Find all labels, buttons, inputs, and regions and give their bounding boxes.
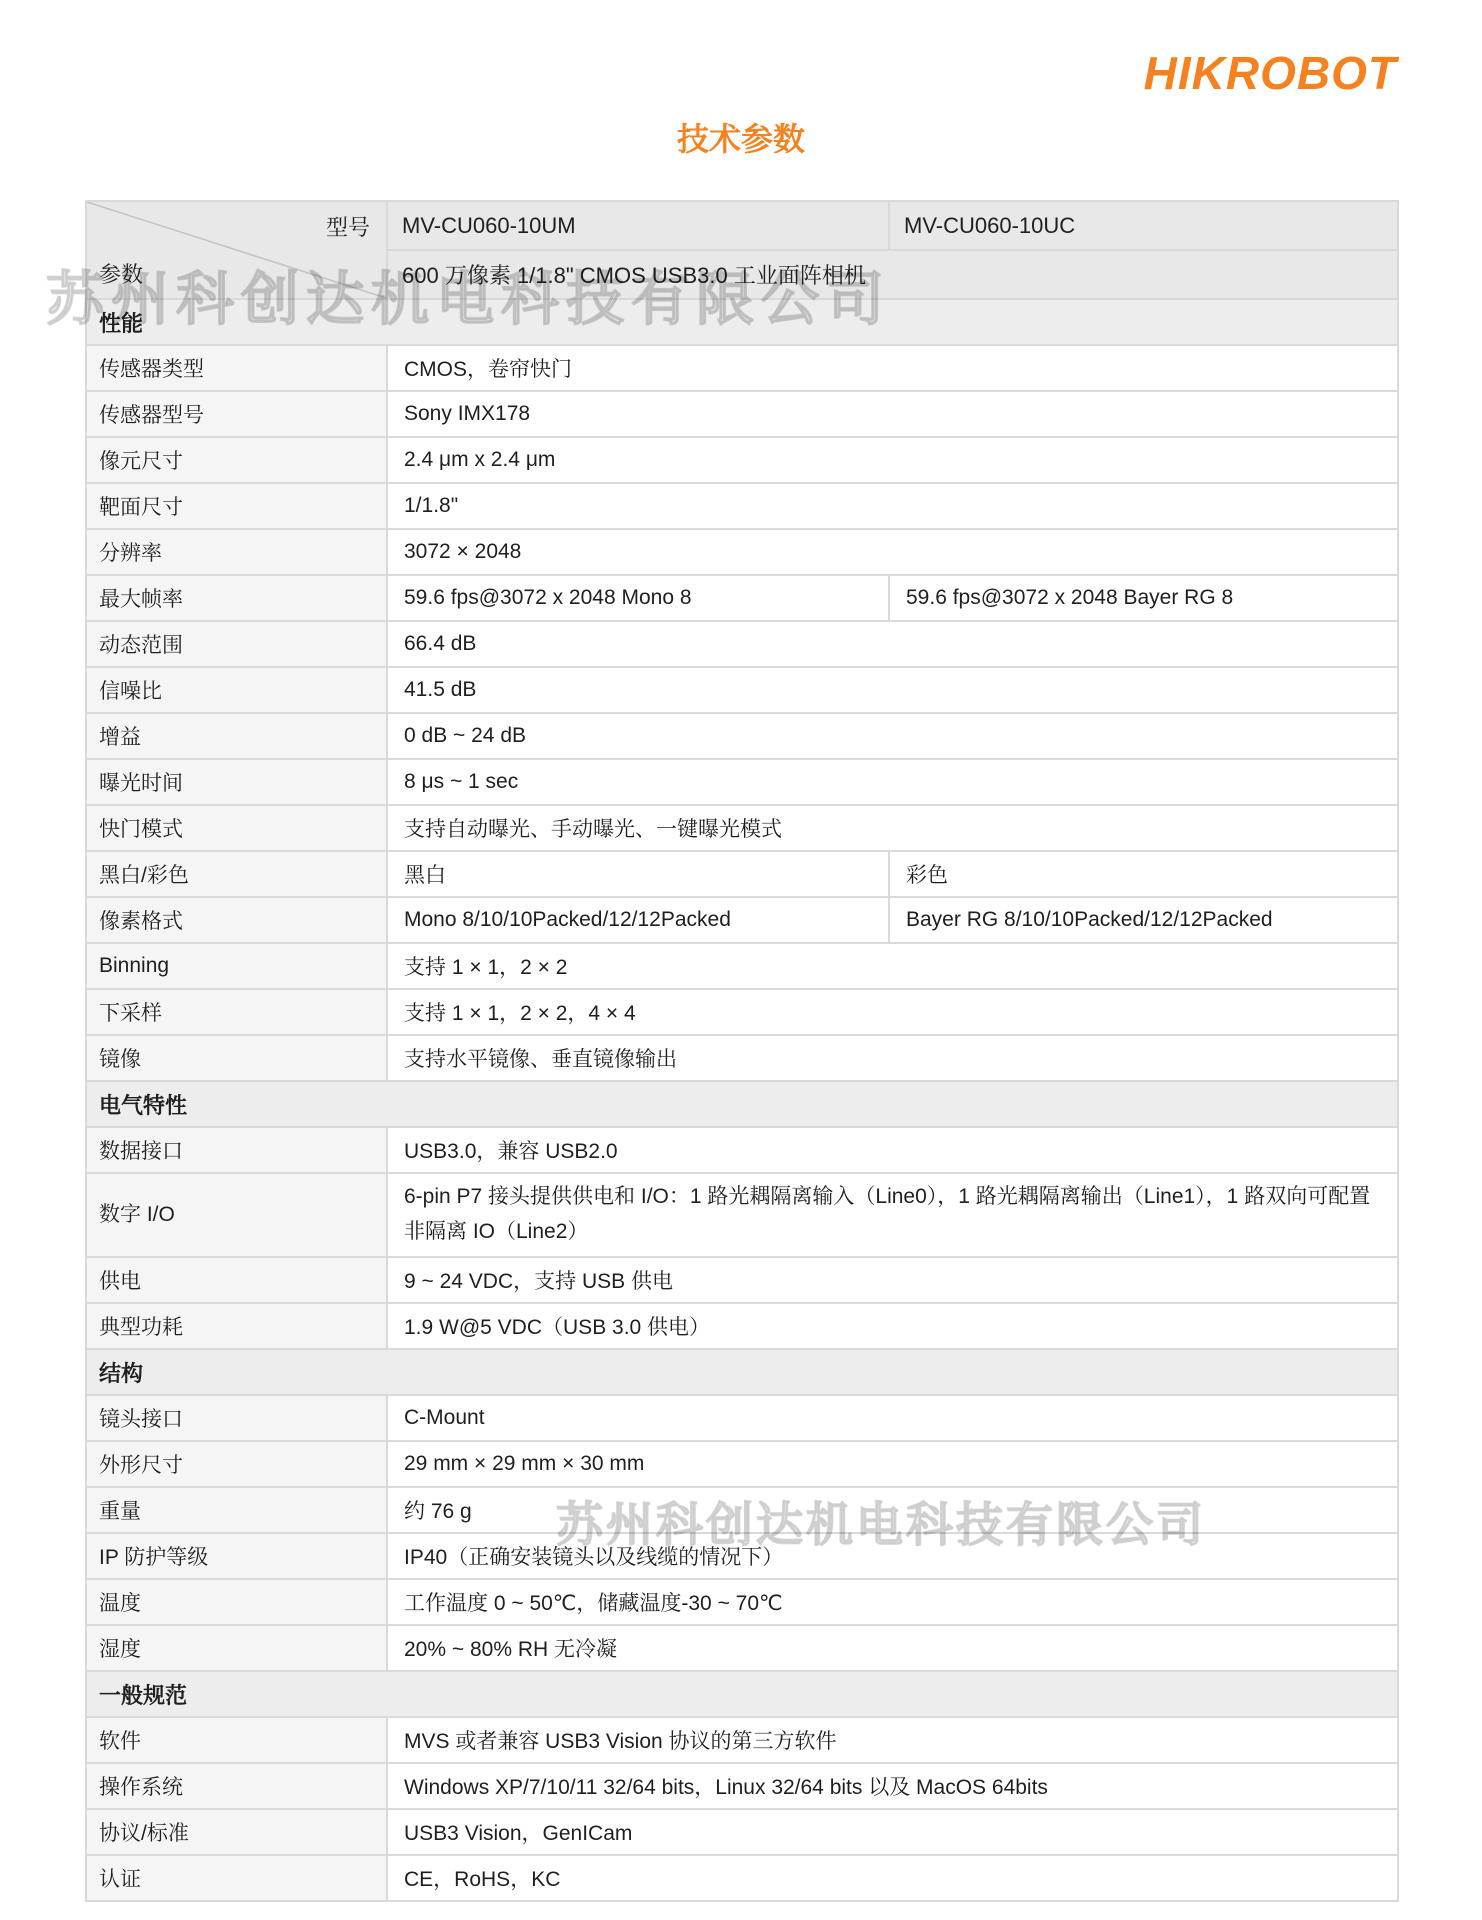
spec-label: 数字 I/O <box>86 1173 387 1257</box>
spec-label: 增益 <box>86 713 387 759</box>
spec-value: 0 dB ~ 24 dB <box>387 713 1398 759</box>
spec-value: MVS 或者兼容 USB3 Vision 协议的第三方软件 <box>387 1717 1398 1763</box>
spec-value: USB3.0，兼容 USB2.0 <box>387 1127 1398 1173</box>
page-title: 技术参数 <box>85 114 1397 160</box>
section-row: 电气特性 <box>86 1081 1398 1127</box>
spec-row: 重量 约 76 g <box>86 1487 1398 1533</box>
spec-value-color: 59.6 fps@3072 x 2048 Bayer RG 8 <box>889 575 1398 621</box>
spec-value-mono: 黑白 <box>387 851 889 897</box>
spec-label: 数据接口 <box>86 1127 387 1173</box>
spec-value: 支持 1 × 1，2 × 2 <box>387 943 1398 989</box>
spec-label: 像元尺寸 <box>86 437 387 483</box>
spec-row: 供电 9 ~ 24 VDC，支持 USB 供电 <box>86 1257 1398 1303</box>
spec-label: 靶面尺寸 <box>86 483 387 529</box>
spec-value: 支持自动曝光、手动曝光、一键曝光模式 <box>387 805 1398 851</box>
spec-row: IP 防护等级 IP40（正确安装镜头以及线缆的情况下） <box>86 1533 1398 1579</box>
spec-value: 1.9 W@5 VDC（USB 3.0 供电） <box>387 1303 1398 1349</box>
spec-row: 外形尺寸 29 mm × 29 mm × 30 mm <box>86 1441 1398 1487</box>
spec-value: 2.4 μm x 2.4 μm <box>387 437 1398 483</box>
model-name-color: MV-CU060-10UC <box>889 201 1398 250</box>
spec-value: 约 76 g <box>387 1487 1398 1533</box>
spec-row: 快门模式 支持自动曝光、手动曝光、一键曝光模式 <box>86 805 1398 851</box>
spec-value: Sony IMX178 <box>387 391 1398 437</box>
header-corner-model-label: 型号 <box>326 211 370 242</box>
spec-value: 1/1.8" <box>387 483 1398 529</box>
spec-row: 靶面尺寸 1/1.8" <box>86 483 1398 529</box>
spec-row: 软件 MVS 或者兼容 USB3 Vision 协议的第三方软件 <box>86 1717 1398 1763</box>
spec-row: 认证 CE，RoHS，KC <box>86 1855 1398 1901</box>
spec-label: 湿度 <box>86 1625 387 1671</box>
spec-value: 41.5 dB <box>387 667 1398 713</box>
spec-label: 镜像 <box>86 1035 387 1081</box>
spec-value: 6-pin P7 接头提供供电和 I/O：1 路光耦隔离输入（Line0），1 … <box>387 1173 1398 1257</box>
spec-value: CMOS，卷帘快门 <box>387 345 1398 391</box>
spec-row: 像元尺寸 2.4 μm x 2.4 μm <box>86 437 1398 483</box>
spec-row: 最大帧率 59.6 fps@3072 x 2048 Mono 8 59.6 fp… <box>86 575 1398 621</box>
spec-row: 像素格式 Mono 8/10/10Packed/12/12Packed Baye… <box>86 897 1398 943</box>
spec-row: 信噪比 41.5 dB <box>86 667 1398 713</box>
spec-value-mono: 59.6 fps@3072 x 2048 Mono 8 <box>387 575 889 621</box>
spec-table: 型号 参数 MV-CU060-10UM MV-CU060-10UC 600 万像… <box>85 200 1399 1902</box>
spec-row: 典型功耗 1.9 W@5 VDC（USB 3.0 供电） <box>86 1303 1398 1349</box>
spec-row: 镜头接口 C-Mount <box>86 1395 1398 1441</box>
spec-label: 镜头接口 <box>86 1395 387 1441</box>
spec-label: 下采样 <box>86 989 387 1035</box>
spec-row: 动态范围 66.4 dB <box>86 621 1398 667</box>
spec-label: 分辨率 <box>86 529 387 575</box>
spec-label: 曝光时间 <box>86 759 387 805</box>
spec-row: 协议/标准 USB3 Vision，GenICam <box>86 1809 1398 1855</box>
spec-row: 数据接口 USB3.0，兼容 USB2.0 <box>86 1127 1398 1173</box>
spec-row: 黑白/彩色 黑白 彩色 <box>86 851 1398 897</box>
spec-row: 湿度 20% ~ 80% RH 无冷凝 <box>86 1625 1398 1671</box>
spec-value: 工作温度 0 ~ 50℃，储藏温度-30 ~ 70℃ <box>387 1579 1398 1625</box>
spec-value: 3072 × 2048 <box>387 529 1398 575</box>
section-row: 一般规范 <box>86 1671 1398 1717</box>
spec-label: 快门模式 <box>86 805 387 851</box>
spec-row: 下采样 支持 1 × 1，2 × 2，4 × 4 <box>86 989 1398 1035</box>
section-title-performance: 性能 <box>86 299 1398 345</box>
spec-label: 认证 <box>86 1855 387 1901</box>
spec-label: 协议/标准 <box>86 1809 387 1855</box>
spec-value: 支持水平镜像、垂直镜像输出 <box>387 1035 1398 1081</box>
spec-label: 外形尺寸 <box>86 1441 387 1487</box>
spec-value: 66.4 dB <box>387 621 1398 667</box>
section-row: 性能 <box>86 299 1398 345</box>
spec-row: 传感器型号 Sony IMX178 <box>86 391 1398 437</box>
section-title-general: 一般规范 <box>86 1671 1398 1717</box>
spec-value: 9 ~ 24 VDC，支持 USB 供电 <box>387 1257 1398 1303</box>
spec-label: 传感器类型 <box>86 345 387 391</box>
spec-value: CE，RoHS，KC <box>387 1855 1398 1901</box>
section-title-structure: 结构 <box>86 1349 1398 1395</box>
camera-description: 600 万像素 1/1.8" CMOS USB3.0 工业面阵相机 <box>387 250 1398 299</box>
model-name-mono: MV-CU060-10UM <box>387 201 889 250</box>
spec-label: 重量 <box>86 1487 387 1533</box>
spec-value-color: Bayer RG 8/10/10Packed/12/12Packed <box>889 897 1398 943</box>
spec-row: 操作系统 Windows XP/7/10/11 32/64 bits，Linux… <box>86 1763 1398 1809</box>
spec-row: 镜像 支持水平镜像、垂直镜像输出 <box>86 1035 1398 1081</box>
spec-value: C-Mount <box>387 1395 1398 1441</box>
spec-row: 增益 0 dB ~ 24 dB <box>86 713 1398 759</box>
spec-label: 典型功耗 <box>86 1303 387 1349</box>
spec-value: 29 mm × 29 mm × 30 mm <box>387 1441 1398 1487</box>
spec-value: 8 μs ~ 1 sec <box>387 759 1398 805</box>
header-row-models: 型号 参数 MV-CU060-10UM MV-CU060-10UC <box>86 201 1398 250</box>
spec-label: 软件 <box>86 1717 387 1763</box>
spec-row: 传感器类型 CMOS，卷帘快门 <box>86 345 1398 391</box>
spec-value: IP40（正确安装镜头以及线缆的情况下） <box>387 1533 1398 1579</box>
header-corner-cell: 型号 参数 <box>86 201 387 299</box>
spec-row: Binning 支持 1 × 1，2 × 2 <box>86 943 1398 989</box>
spec-label: 传感器型号 <box>86 391 387 437</box>
spec-row: 分辨率 3072 × 2048 <box>86 529 1398 575</box>
spec-label: 操作系统 <box>86 1763 387 1809</box>
spec-row: 温度 工作温度 0 ~ 50℃，储藏温度-30 ~ 70℃ <box>86 1579 1398 1625</box>
spec-value: USB3 Vision，GenICam <box>387 1809 1398 1855</box>
spec-label: 供电 <box>86 1257 387 1303</box>
spec-label: IP 防护等级 <box>86 1533 387 1579</box>
spec-label: Binning <box>86 943 387 989</box>
spec-value: 20% ~ 80% RH 无冷凝 <box>387 1625 1398 1671</box>
spec-value: 支持 1 × 1，2 × 2，4 × 4 <box>387 989 1398 1035</box>
spec-row: 曝光时间 8 μs ~ 1 sec <box>86 759 1398 805</box>
spec-label: 信噪比 <box>86 667 387 713</box>
spec-value: Windows XP/7/10/11 32/64 bits，Linux 32/6… <box>387 1763 1398 1809</box>
spec-value-mono: Mono 8/10/10Packed/12/12Packed <box>387 897 889 943</box>
spec-row: 数字 I/O 6-pin P7 接头提供供电和 I/O：1 路光耦隔离输入（Li… <box>86 1173 1398 1257</box>
spec-label: 动态范围 <box>86 621 387 667</box>
spec-label: 最大帧率 <box>86 575 387 621</box>
brand-logo: HIKROBOT <box>1144 46 1397 100</box>
spec-label: 黑白/彩色 <box>86 851 387 897</box>
section-title-electrical: 电气特性 <box>86 1081 1398 1127</box>
section-row: 结构 <box>86 1349 1398 1395</box>
spec-value-color: 彩色 <box>889 851 1398 897</box>
spec-label: 像素格式 <box>86 897 387 943</box>
spec-label: 温度 <box>86 1579 387 1625</box>
header-corner-param-label: 参数 <box>99 258 143 289</box>
